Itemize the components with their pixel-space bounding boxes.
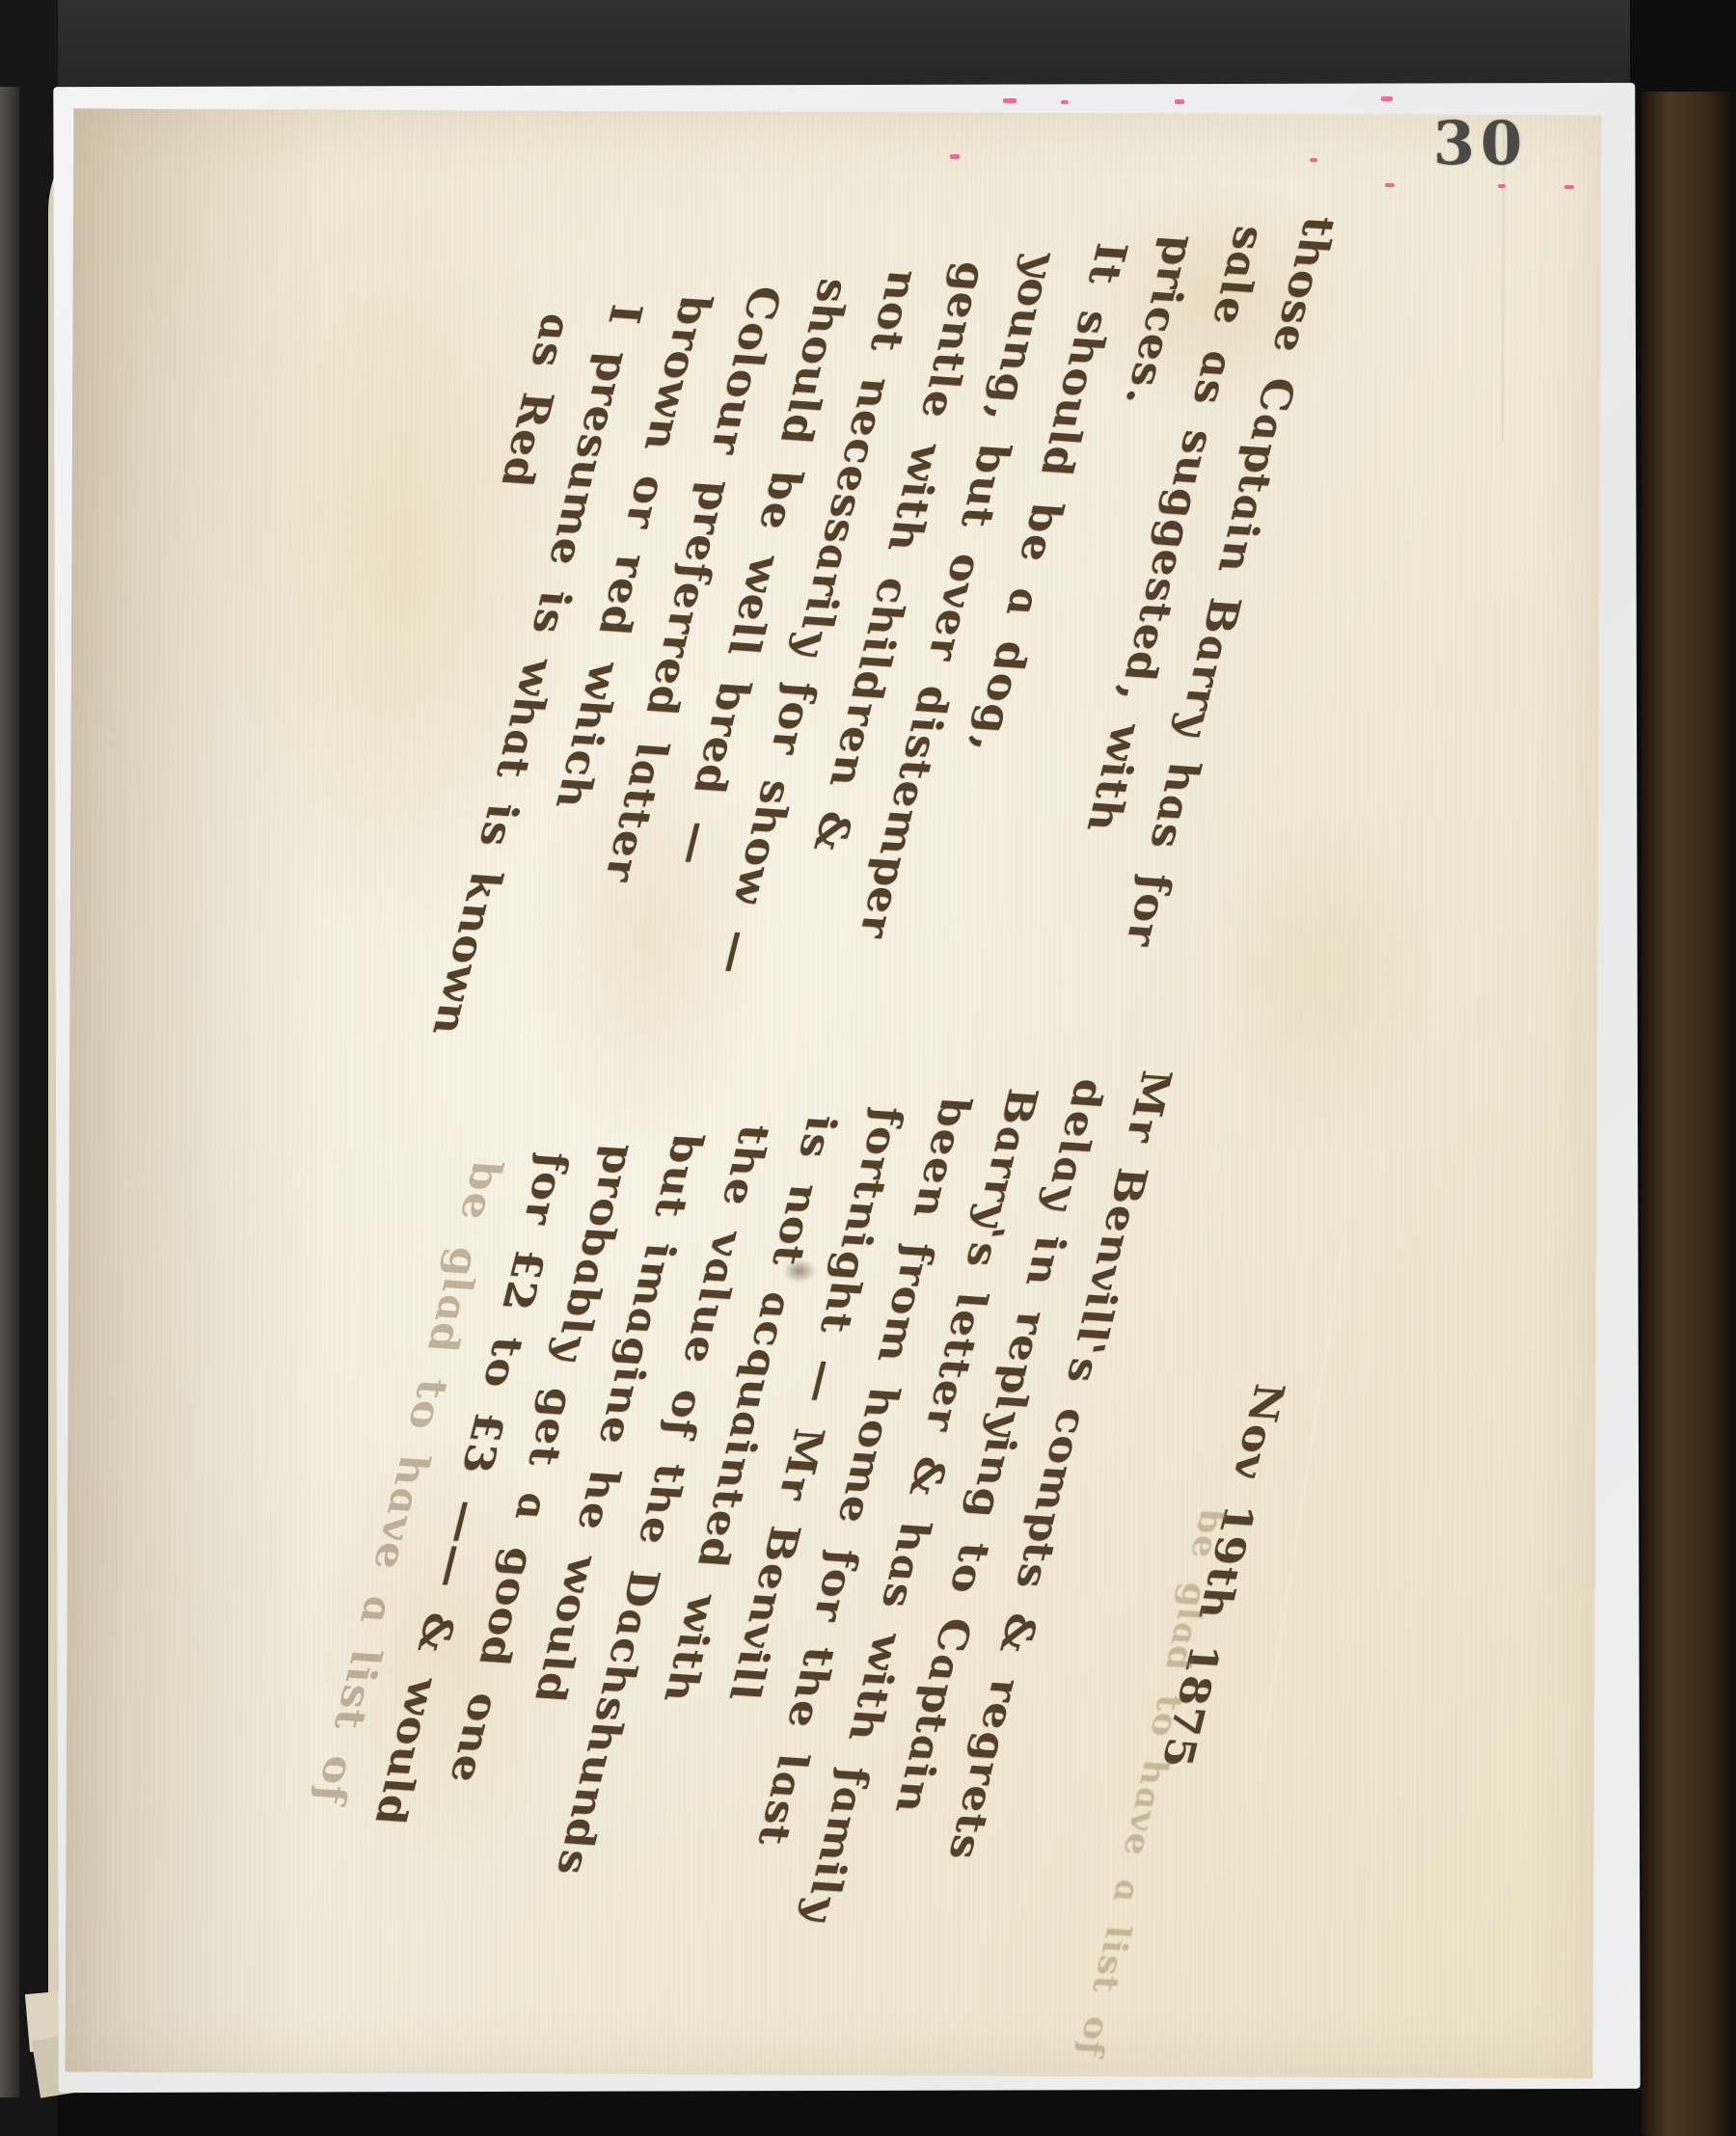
pink-edge-speck: [1381, 96, 1393, 101]
pink-edge-speck: [1061, 100, 1069, 104]
photographed-manuscript-scene: 30 Nov 19th 1875 Mr Benvill's compts & r…: [0, 0, 1736, 2136]
pink-edge-speck: [1385, 183, 1395, 187]
pink-edge-speck: [1564, 185, 1574, 189]
background-top: [0, 0, 1736, 93]
pink-edge-speck: [1498, 184, 1505, 188]
page-number-stamp: 30: [1433, 108, 1528, 178]
show-through-stain: [1206, 810, 1437, 1128]
pink-edge-speck: [1003, 98, 1017, 103]
pink-edge-speck: [950, 154, 960, 159]
book-cover-edge: [1641, 92, 1732, 2136]
background-bottom: [0, 2088, 1736, 2136]
book-spine-edge: [0, 87, 19, 2097]
pink-edge-speck: [1310, 158, 1317, 162]
pink-edge-speck: [1175, 99, 1184, 104]
